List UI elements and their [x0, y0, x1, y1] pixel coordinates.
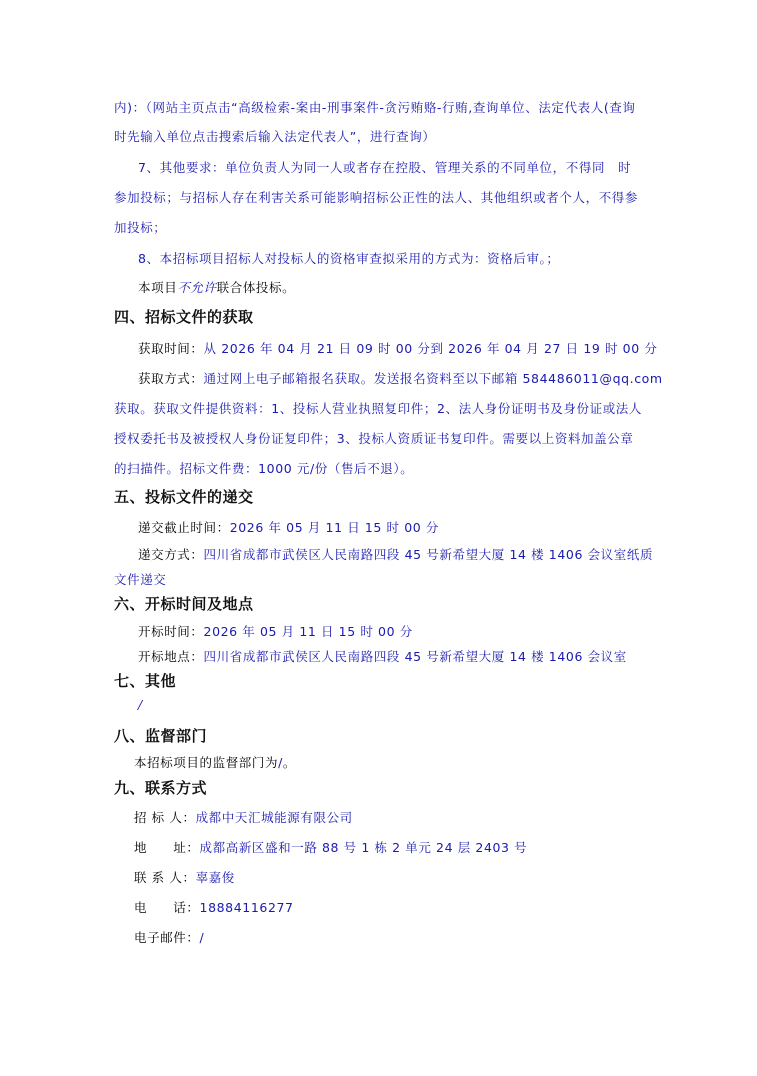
- consortium-line: 本项目不允许联合体投标。: [138, 278, 295, 296]
- field-value: 辜嘉俊: [196, 870, 235, 885]
- field-label: 招 标 人：: [134, 810, 196, 825]
- field-label: 地 址：: [134, 840, 200, 855]
- field-value: 四川省成都市武侯区人民南路四段 45 号新希望大厦 14 楼 1406 会议室纸…: [204, 547, 654, 562]
- supervision-line: 本招标项目的监督部门为/。: [134, 753, 296, 771]
- contact-email: 电子邮件：/: [134, 928, 204, 946]
- field-value: 2026 年 05 月 11 日 15 时 00 分: [204, 624, 413, 639]
- text-line: 时先输入单位点击搜索后输入法定代表人”，进行查询）: [114, 127, 435, 145]
- opening-place: 开标地点：四川省成都市武侯区人民南路四段 45 号新希望大厦 14 楼 1406…: [138, 647, 627, 665]
- document-page: 内)：（网站主页点击“高级检索-案由-刑事案件-贪污贿赂-行贿,查询单位、法定代…: [0, 0, 757, 1076]
- text-line: 内)：（网站主页点击“高级检索-案由-刑事案件-贪污贿赂-行贿,查询单位、法定代…: [114, 98, 636, 116]
- text-line: 获取。获取文件提供资料：1、投标人营业执照复印件；2、法人身份证明书及身份证或法…: [114, 399, 642, 417]
- text-line: 授权委托书及被授权人身份证复印件；3、投标人资质证书复印件。需要以上资料加盖公章: [114, 429, 633, 447]
- field-label: 联 系 人：: [134, 870, 196, 885]
- other-content: /: [138, 697, 143, 712]
- contact-person: 联 系 人：辜嘉俊: [134, 868, 235, 886]
- field-value: 成都中天汇城能源有限公司: [196, 810, 353, 825]
- field-value: 2026 年 05 月 11 日 15 时 00 分: [230, 520, 439, 535]
- field-label: 递交截止时间：: [138, 520, 230, 535]
- field-label: 开标时间：: [138, 624, 204, 639]
- field-label: 本招标项目的监督部门为: [134, 755, 278, 770]
- consortium-allowed: 不允许: [177, 280, 216, 295]
- section-heading-5: 五、投标文件的递交: [114, 486, 254, 507]
- contact-address: 地 址：成都高新区盛和一路 88 号 1 栋 2 单元 24 层 2403 号: [134, 838, 527, 856]
- section-heading-9: 九、联系方式: [114, 777, 207, 798]
- text-line: 加投标；: [114, 218, 166, 236]
- field-value: 四川省成都市武侯区人民南路四段 45 号新希望大厦 14 楼 1406 会议室: [204, 649, 627, 664]
- opening-time: 开标时间：2026 年 05 月 11 日 15 时 00 分: [138, 622, 413, 640]
- text-line: 参加投标；与招标人存在利害关系可能影响招标公正性的法人、其他组织或者个人，不得参: [114, 188, 638, 206]
- consortium-prefix: 本项目: [138, 280, 177, 295]
- field-label: 电子邮件：: [134, 930, 200, 945]
- other-requirements: 7、其他要求：单位负责人为同一人或者存在控股、管理关系的不同单位，不得同 时: [138, 158, 631, 176]
- field-label: 获取时间：: [138, 341, 204, 356]
- field-label: 电 话：: [134, 900, 200, 915]
- text-line: 的扫描件。招标文件费：1000 元/份（售后不退）。: [114, 459, 413, 477]
- text-line: 文件递交: [114, 570, 166, 588]
- acquire-method: 获取方式：通过网上电子邮箱报名获取。发送报名资料至以下邮箱 584486011@…: [138, 369, 663, 387]
- qualification-review: 8、本招标项目招标人对投标人的资格审查拟采用的方式为：资格后审。；: [138, 249, 560, 267]
- section-heading-6: 六、开标时间及地点: [114, 593, 254, 614]
- section-heading-4: 四、招标文件的获取: [114, 306, 254, 327]
- section-heading-7: 七、其他: [114, 670, 176, 691]
- consortium-suffix: 联合体投标。: [217, 280, 296, 295]
- field-value: 从 2026 年 04 月 21 日 09 时 00 分到 2026 年 04 …: [204, 341, 658, 356]
- section-heading-8: 八、监督部门: [114, 725, 207, 746]
- acquire-time: 获取时间：从 2026 年 04 月 21 日 09 时 00 分到 2026 …: [138, 339, 657, 357]
- field-suffix: 。: [283, 755, 296, 770]
- field-value: /: [200, 930, 205, 945]
- field-label: 开标地点：: [138, 649, 204, 664]
- field-value: 通过网上电子邮箱报名获取。发送报名资料至以下邮箱 584486011@qq.co…: [204, 371, 663, 386]
- submit-method: 递交方式：四川省成都市武侯区人民南路四段 45 号新希望大厦 14 楼 1406…: [138, 545, 653, 563]
- field-value: 成都高新区盛和一路 88 号 1 栋 2 单元 24 层 2403 号: [200, 840, 528, 855]
- submit-deadline: 递交截止时间：2026 年 05 月 11 日 15 时 00 分: [138, 518, 439, 536]
- contact-phone: 电 话：18884116277: [134, 898, 294, 916]
- field-label: 获取方式：: [138, 371, 204, 386]
- contact-tenderer: 招 标 人：成都中天汇城能源有限公司: [134, 808, 353, 826]
- field-value: 18884116277: [200, 900, 294, 915]
- field-label: 递交方式：: [138, 547, 204, 562]
